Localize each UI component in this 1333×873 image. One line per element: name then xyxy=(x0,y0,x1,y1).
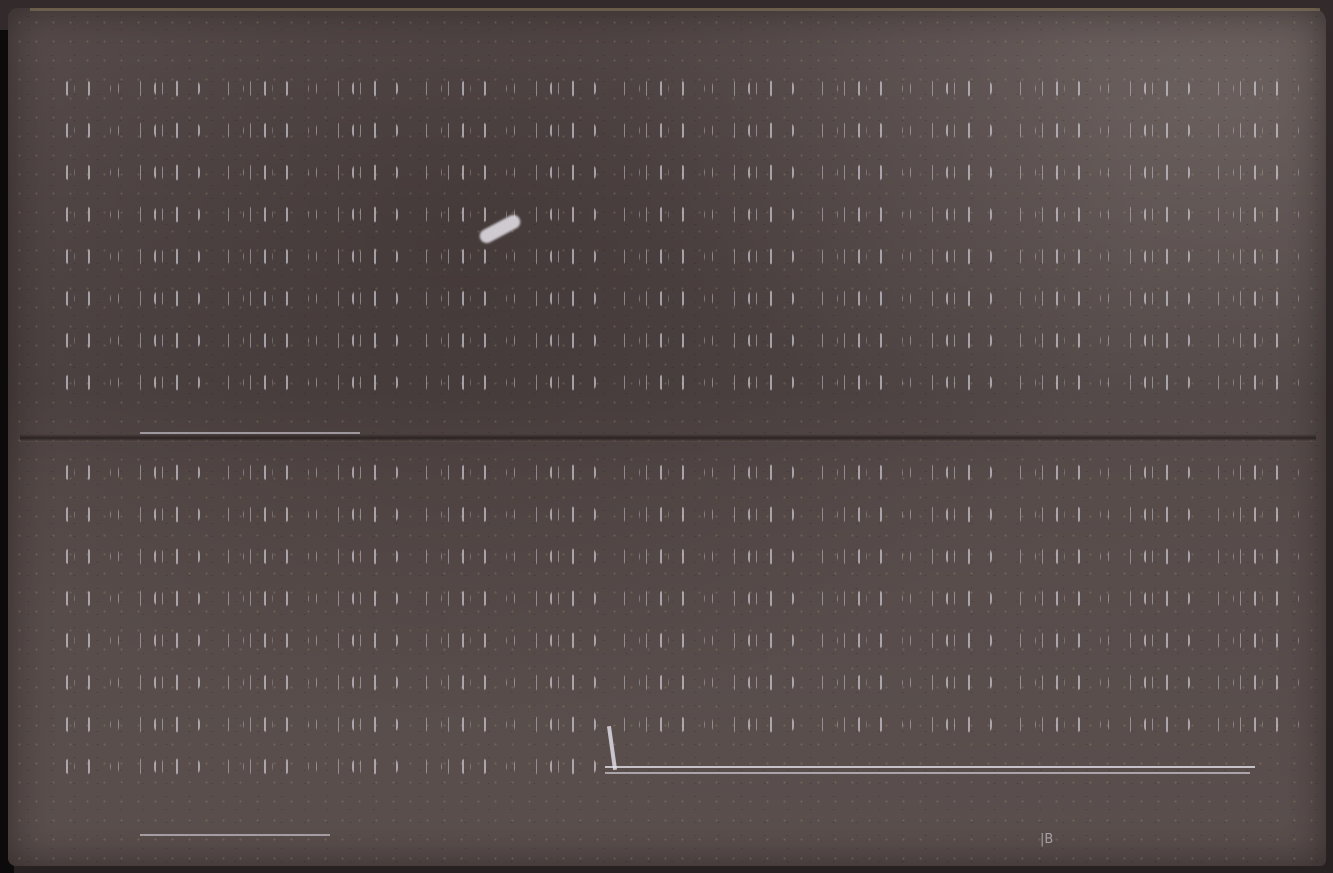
sheet-top-edge xyxy=(30,8,1320,11)
manuscript-line: handwritten line 4 xyxy=(60,582,1300,620)
manuscript-line: handwritten line 3 xyxy=(60,156,1300,194)
manuscript-line: handwritten line 3 xyxy=(60,540,1300,578)
manuscript-line: handwritten line 7 xyxy=(60,324,1300,362)
manuscript-line: handwritten line 8 (partially struck thr… xyxy=(60,750,600,788)
manuscript-line: handwritten line 5 xyxy=(60,624,1300,662)
manuscript-line: handwritten line 1 xyxy=(60,72,1300,110)
strikethrough-line-2 xyxy=(605,772,1250,774)
lower-panel: handwritten line 1 handwritten line 2 ha… xyxy=(60,452,1300,788)
fold-line xyxy=(20,434,1316,442)
manuscript-line: handwritten line 6 xyxy=(60,282,1300,320)
manuscript-line: handwritten line 7 xyxy=(60,366,1300,404)
manuscript-line: handwritten line 5 xyxy=(60,240,1300,278)
manuscript-line: handwritten line 7 xyxy=(60,708,1300,746)
manuscript-line: handwritten line 2 xyxy=(60,498,1300,536)
page-mark: |В xyxy=(1040,832,1053,847)
manuscript-line: handwritten line 2 xyxy=(60,114,1300,152)
strikethrough-line: double horizontal strike across end of f… xyxy=(605,766,1255,768)
manuscript-line: handwritten line 1 xyxy=(60,456,1300,494)
lower-signature-flourish: underlined flourish below text xyxy=(140,812,330,836)
upper-panel: handwritten line 1 handwritten line 2 ha… xyxy=(60,68,1300,404)
manuscript-line: handwritten line 6 xyxy=(60,666,1300,704)
upper-signature-flourish: underlined flourish below text xyxy=(140,410,360,434)
manuscript-line: handwritten line 4 xyxy=(60,198,1300,236)
